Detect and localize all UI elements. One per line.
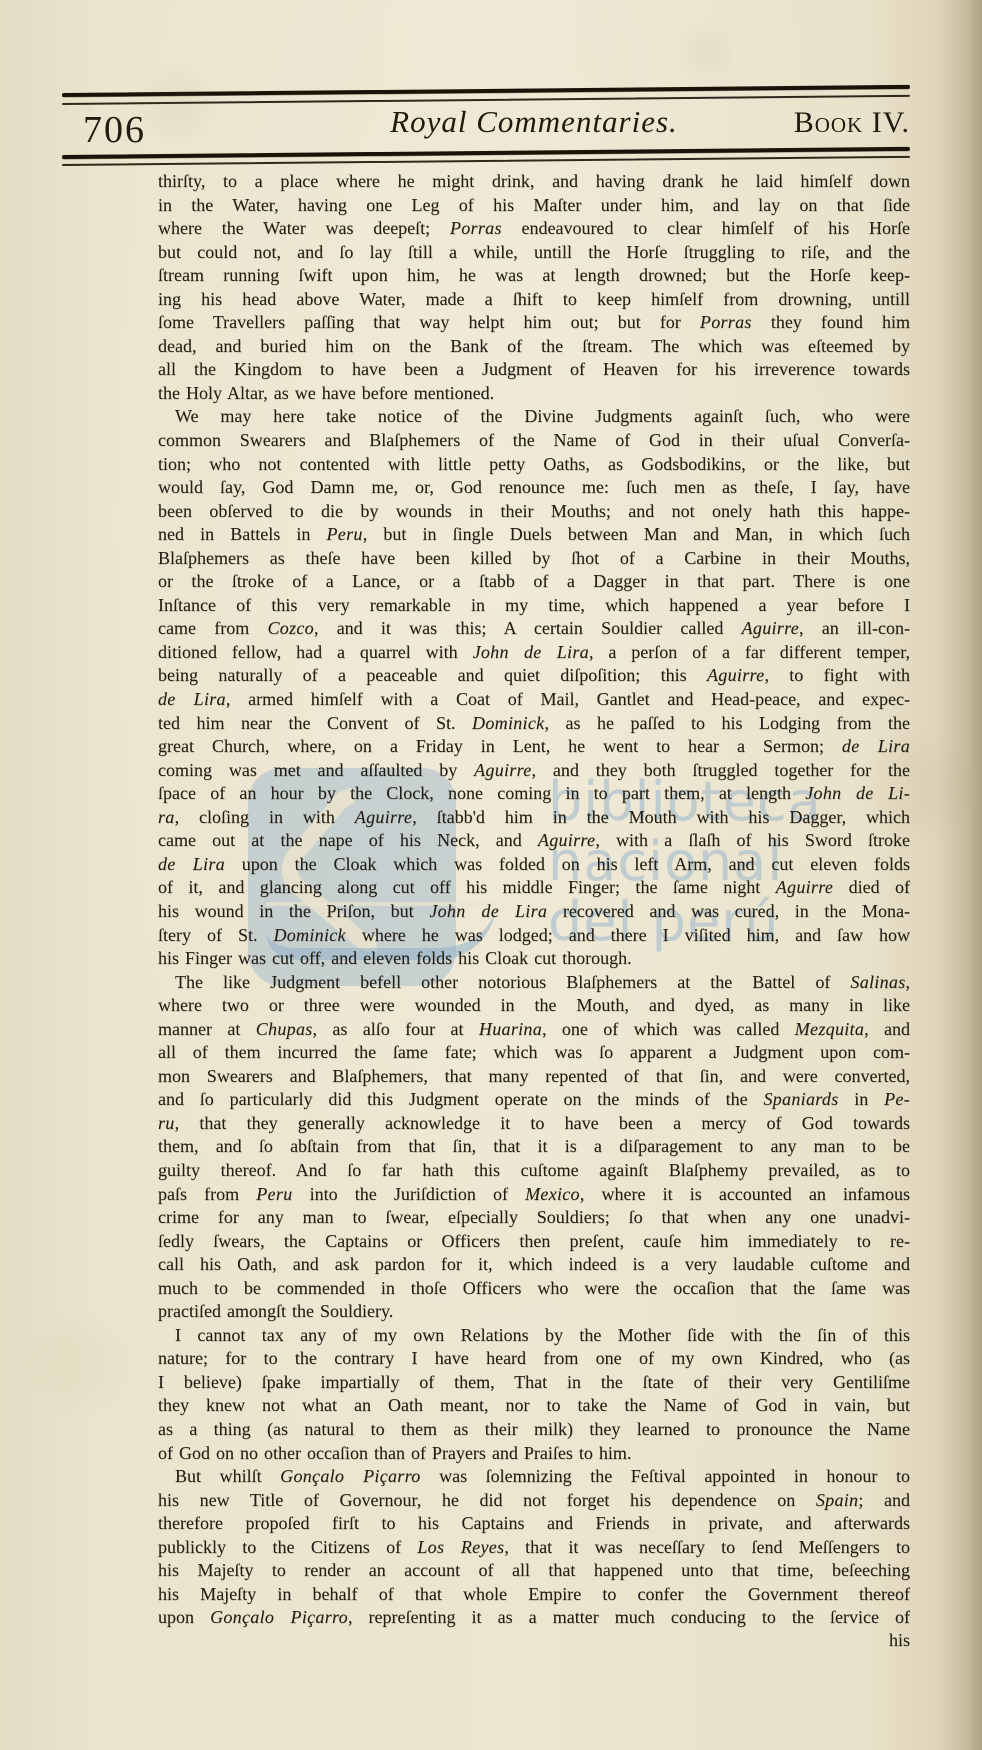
text-line: his Majeſty in behalf of that whole Empi… — [158, 1583, 910, 1607]
text-line: ted him near the Convent of St. Dominick… — [158, 712, 910, 736]
text-line: ru, that they generally acknowledge it t… — [158, 1112, 910, 1136]
text-line: and ſo particularly did this Judgment op… — [158, 1088, 910, 1112]
text-line: We may here take notice of the Divine Ju… — [158, 405, 910, 429]
text-line: therefore propoſed firſt to his Captains… — [158, 1512, 910, 1536]
text-line: nature; for to the contrary I have heard… — [158, 1347, 910, 1371]
text-line: of God on no other occaſion than of Pray… — [158, 1442, 910, 1466]
text-line: ſome Travellers paſſing that way helpt h… — [158, 311, 910, 335]
text-line: But whilſt Gonçalo Piçarro was ſolemnizi… — [158, 1465, 910, 1489]
text-line: all of them incurred the ſame fate; whic… — [158, 1041, 910, 1065]
header-rule-top-thick — [62, 85, 910, 97]
text-line: ing his head above Water, made a ſhift t… — [158, 288, 910, 312]
text-line: his new Title of Governour, he did not f… — [158, 1489, 910, 1513]
text-line: manner at Chupas, as alſo four at Huarin… — [158, 1018, 910, 1042]
text-line: them, and ſo abſtain from that ſin, that… — [158, 1135, 910, 1159]
text-line: in the Water, having one Leg of his Maſt… — [158, 194, 910, 218]
text-line: been obſerved to die by wounds in their … — [158, 500, 910, 524]
text-line: Inſtance of this very remarkable in my t… — [158, 594, 910, 618]
text-line: all the Kingdom to have been a Judgment … — [158, 358, 910, 382]
text-line: thirſty, to a place where he might drink… — [158, 170, 910, 194]
paragraph: thirſty, to a place where he might drink… — [158, 170, 910, 405]
text-line: practiſed amongſt the Souldiery. — [158, 1300, 910, 1324]
paragraph: I cannot tax any of my own Relations by … — [158, 1324, 910, 1465]
text-line: or the ſtroke of a Lance, or a ſtabb of … — [158, 570, 910, 594]
text-line: ſedly ſwears, the Captains or Officers t… — [158, 1230, 910, 1254]
paragraph: We may here take notice of the Divine Ju… — [158, 405, 910, 970]
text-line: much to be commended in thoſe Officers w… — [158, 1277, 910, 1301]
text-line: as a thing (as natural to them as their … — [158, 1418, 910, 1442]
text-line: they knew not what an Oath meant, nor to… — [158, 1394, 910, 1418]
text-line: where two or three were wounded in the M… — [158, 994, 910, 1018]
text-line: ſtream running ſwift upon him, he was at… — [158, 264, 910, 288]
text-line: tion; who not contented with little pett… — [158, 453, 910, 477]
text-line: ſtery of St. Dominick where he was lodge… — [158, 924, 910, 948]
text-line: call his Oath, and ask pardon for it, wh… — [158, 1253, 910, 1277]
catchword: his — [889, 1630, 910, 1651]
page-number: 706 — [83, 108, 146, 152]
text-line: where the Water was deepeſt; Porras ende… — [158, 217, 910, 241]
text-line: the Holy Altar, as we have before mentio… — [158, 382, 910, 406]
text-line: paſs from Peru into the Juriſdiction of … — [158, 1183, 910, 1207]
text-line: upon Gonçalo Piçarro, repreſenting it as… — [158, 1606, 910, 1630]
text-line: came out at the nape of his Neck, and Ag… — [158, 829, 910, 853]
text-line: dead, and buried him on the Bank of the … — [158, 335, 910, 359]
text-line: ſpace of an hour by the Clock, none comi… — [158, 782, 910, 806]
text-line: guilty thereof. And ſo far hath this cuſ… — [158, 1159, 910, 1183]
text-line: de Lira, armed himſelf with a Coat of Ma… — [158, 688, 910, 712]
text-line: great Church, where, on a Friday in Lent… — [158, 735, 910, 759]
text-line: The like Judgment befell other notorious… — [158, 971, 910, 995]
text-line: his Finger was cut off, and eleven folds… — [158, 947, 910, 971]
text-line: ditioned fellow, had a quarrel with John… — [158, 641, 910, 665]
text-line: Blaſphemers as theſe have been killed by… — [158, 547, 910, 571]
text-line: I believe) ſpake impartially of them, Th… — [158, 1371, 910, 1395]
book-page: biblioteca nacional del perú 706 Royal C… — [0, 0, 982, 1750]
text-line: being naturally of a peaceable and quiet… — [158, 664, 910, 688]
paragraph: But whilſt Gonçalo Piçarro was ſolemnizi… — [158, 1465, 910, 1630]
text-line: crime for any man to ſwear, eſpecially S… — [158, 1206, 910, 1230]
paragraph: The like Judgment befell other notorious… — [158, 971, 910, 1324]
book-label: Book IV. — [794, 106, 910, 140]
text-line: common Swearers and Blaſphemers of the N… — [158, 429, 910, 453]
text-line: I cannot tax any of my own Relations by … — [158, 1324, 910, 1348]
text-line: coming was met and aſſaulted by Aguirre,… — [158, 759, 910, 783]
text-line: ra, cloſing in with Aguirre, ſtabb'd him… — [158, 806, 910, 830]
text-line: his Majeſty to render an account of all … — [158, 1559, 910, 1583]
page-text: thirſty, to a place where he might drink… — [158, 170, 910, 1630]
text-line: de Lira upon the Cloak which was folded … — [158, 853, 910, 877]
header-rule-bottom-thin — [62, 156, 910, 166]
text-line: of it, and glancing along cut off his mi… — [158, 876, 910, 900]
text-line: publickly to the Citizens of Los Reyes, … — [158, 1536, 910, 1560]
page-edge-shadow — [936, 0, 982, 1750]
text-line: mon Swearers and Blaſphemers, that many … — [158, 1065, 910, 1089]
text-line: would ſay, God Damn me, or, God renounce… — [158, 476, 910, 500]
text-line: his wound in the Priſon, but John de Lir… — [158, 900, 910, 924]
text-line: ned in Battels in Peru, but in ſingle Du… — [158, 523, 910, 547]
text-line: but could not, and ſo lay ſtill a while,… — [158, 241, 910, 265]
text-line: came from Cozco, and it was this; A cert… — [158, 617, 910, 641]
